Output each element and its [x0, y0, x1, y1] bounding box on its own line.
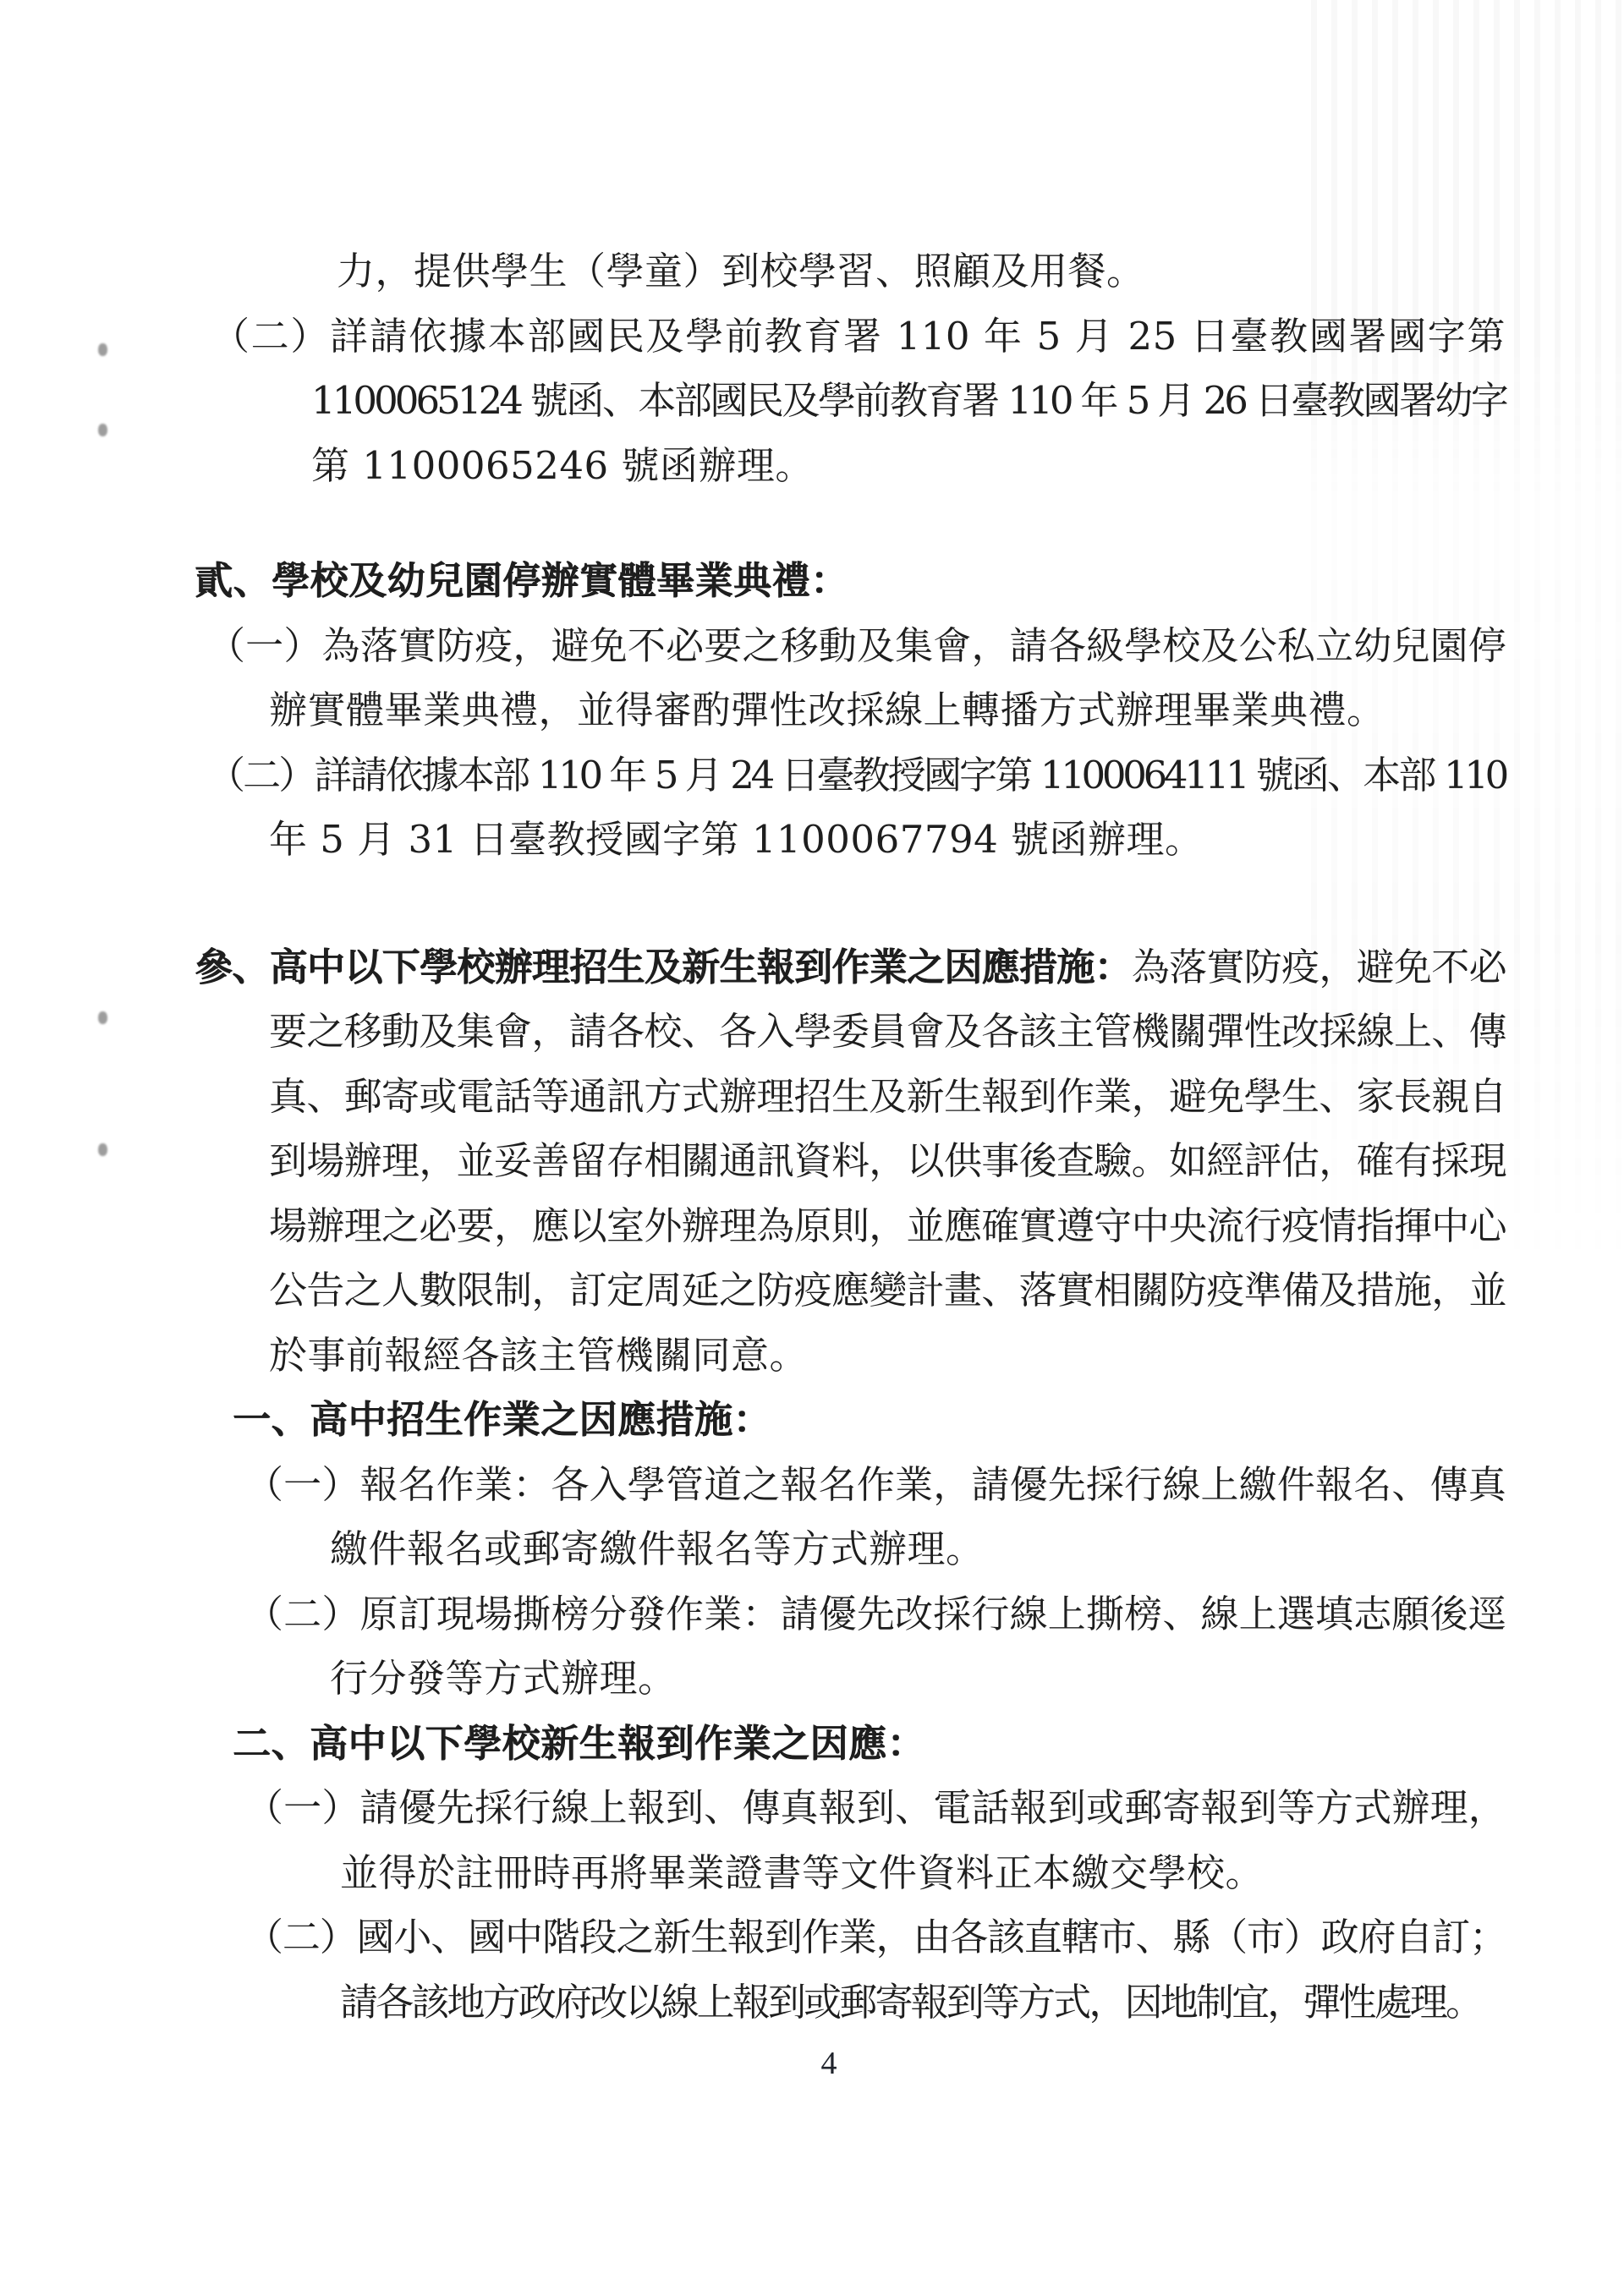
- text-line: 請各該地方政府改以線上報到或郵寄報到等方式，因地制宜，彈性處理。: [195, 1970, 1506, 2036]
- body-text: 行分發等方式辦理。: [330, 1656, 677, 1701]
- text-block: 貳、學校及幼兒園停辦實體畢業典禮：（一）為落實防疫，避免不必要之移動及集會，請各…: [195, 549, 1506, 873]
- section-heading: 一、高中招生作業之因應措施：: [195, 1388, 1506, 1453]
- section-heading: 二、高中以下學校新生報到作業之因應：: [195, 1712, 1506, 1777]
- text-line: （二）國小、國中階段之新生報到作業，由各該直轄市、縣（市）政府自訂；: [195, 1905, 1506, 1970]
- body-text: 於事前報經各該主管機關同意。: [269, 1333, 808, 1378]
- bold-text: 一、高中招生作業之因應措施：: [233, 1397, 771, 1442]
- body-text: （一）請優先採行線上報到、傳真報到、電話報到或郵寄報到等方式辦理，: [245, 1785, 1506, 1830]
- text-line: 到場辦理，並妥善留存相關通訊資料，以供事後查驗。如經評估，確有採現: [195, 1129, 1506, 1194]
- body-text: （二）詳請依據本部 110 年 5 月 24 日臺教授國字第 110006411…: [207, 753, 1506, 797]
- body-text: 繳件報名或郵寄繳件報名等方式辦理。: [330, 1526, 985, 1571]
- text-line: 並得於註冊時再將畢業證書等文件資料正本繳交學校。: [195, 1841, 1506, 1906]
- text-line: 第 1100065246 號函辦理。: [195, 434, 1506, 499]
- text-line: 繳件報名或郵寄繳件報名等方式辦理。: [195, 1517, 1506, 1582]
- document-body: 力，提供學生（學童）到校學習、照顧及用餐。（二）詳請依據本部國民及學前教育署 1…: [195, 239, 1506, 2035]
- text-line: 於事前報經各該主管機關同意。: [195, 1323, 1506, 1389]
- text-line: 力，提供學生（學童）到校學習、照顧及用餐。: [195, 239, 1506, 304]
- scan-smudge: [98, 343, 107, 356]
- body-text: 公告之人數限制，訂定周延之防疫應變計畫、落實相關防疫準備及措施，並: [269, 1268, 1506, 1312]
- text-line: （一）報名作業：各入學管道之報名作業，請優先採行線上繳件報名、傳真: [195, 1453, 1506, 1518]
- bold-text: 貳、學校及幼兒園停辦實體畢業典禮：: [195, 558, 849, 603]
- bold-text: 二、高中以下學校新生報到作業之因應：: [233, 1721, 925, 1766]
- body-text: 為落實防疫，避免不必: [1132, 945, 1506, 989]
- body-text: 要之移動及集會，請各校、各入學委員會及各該主管機關彈性改採線上、傳: [269, 1009, 1506, 1054]
- body-text: （二）原訂現場撕榜分發作業：請優先改採行線上撕榜、線上選填志願後逕: [245, 1592, 1506, 1636]
- text-line: 年 5 月 31 日臺教授國字第 1100067794 號函辦理。: [195, 808, 1506, 873]
- body-text: 到場辦理，並妥善留存相關通訊資料，以供事後查驗。如經評估，確有採現: [269, 1138, 1506, 1183]
- text-line: （二）詳請依據本部 110 年 5 月 24 日臺教授國字第 110006411…: [195, 743, 1506, 808]
- body-text: 年 5 月 31 日臺教授國字第 1100067794 號函辦理。: [269, 817, 1204, 862]
- text-line: 場辦理之必要，應以室外辦理為原則，並應確實遵守中央流行疫情指揮中心: [195, 1194, 1506, 1259]
- text-line: （二）原訂現場撕榜分發作業：請優先改採行線上撕榜、線上選填志願後逕: [195, 1582, 1506, 1647]
- body-text: （二）詳請依據本部國民及學前教育署 110 年 5 月 25 日臺教國署國字第: [211, 314, 1506, 359]
- text-line: 辦實體畢業典禮，並得審酌彈性改採線上轉播方式辦理畢業典禮。: [195, 678, 1506, 743]
- body-text: 請各該地方政府改以線上報到或郵寄報到等方式，因地制宜，彈性處理。: [340, 1980, 1481, 2025]
- text-block: 力，提供學生（學童）到校學習、照顧及用餐。（二）詳請依據本部國民及學前教育署 1…: [195, 239, 1506, 498]
- text-block: 參、高中以下學校辦理招生及新生報到作業之因應措施：為落實防疫，避免不必要之移動及…: [195, 935, 1506, 2036]
- body-text: 第 1100065246 號函辦理。: [311, 443, 814, 488]
- text-line: （二）詳請依據本部國民及學前教育署 110 年 5 月 25 日臺教國署國字第: [195, 304, 1506, 370]
- text-line: 1100065124 號函、本部國民及學前教育署 110 年 5 月 26 日臺…: [195, 369, 1506, 434]
- section-heading: 貳、學校及幼兒園停辦實體畢業典禮：: [195, 549, 1506, 614]
- body-text: （一）為落實防疫，避免不必要之移動及集會，請各級學校及公私立幼兒園停: [207, 623, 1506, 668]
- body-text: 1100065124 號函、本部國民及學前教育署 110 年 5 月 26 日臺…: [311, 378, 1506, 423]
- document-page: 力，提供學生（學童）到校學習、照顧及用餐。（二）詳請依據本部國民及學前教育署 1…: [0, 0, 1624, 2296]
- text-line: 行分發等方式辦理。: [195, 1647, 1506, 1712]
- text-line: （一）為落實防疫，避免不必要之移動及集會，請各級學校及公私立幼兒園停: [195, 614, 1506, 679]
- body-text: 辦實體畢業典禮，並得審酌彈性改採線上轉播方式辦理畢業典禮。: [269, 688, 1385, 732]
- body-text: （二）國小、國中階段之新生報到作業，由各該直轄市、縣（市）政府自訂；: [245, 1915, 1506, 1959]
- body-text: 場辦理之必要，應以室外辦理為原則，並應確實遵守中央流行疫情指揮中心: [269, 1203, 1506, 1248]
- scan-smudge: [98, 1011, 107, 1024]
- text-line: 參、高中以下學校辦理招生及新生報到作業之因應措施：為落實防疫，避免不必: [195, 935, 1506, 1000]
- scan-smudge: [98, 1143, 107, 1156]
- text-line: 要之移動及集會，請各校、各入學委員會及各該主管機關彈性改採線上、傳: [195, 1000, 1506, 1065]
- body-text: （一）報名作業：各入學管道之報名作業，請優先採行線上繳件報名、傳真: [245, 1462, 1506, 1507]
- text-line: 真、郵寄或電話等通訊方式辦理招生及新生報到作業，避免學生、家長親自: [195, 1065, 1506, 1130]
- body-text: 真、郵寄或電話等通訊方式辦理招生及新生報到作業，避免學生、家長親自: [269, 1074, 1506, 1119]
- body-text: 力，提供學生（學童）到校學習、照顧及用餐。: [337, 249, 1145, 293]
- text-line: 公告之人數限制，訂定周延之防疫應變計畫、落實相關防疫準備及措施，並: [195, 1258, 1506, 1323]
- body-text: 並得於註冊時再將畢業證書等文件資料正本繳交學校。: [340, 1850, 1264, 1895]
- scan-smudge: [98, 424, 107, 436]
- text-line: （一）請優先採行線上報到、傳真報到、電話報到或郵寄報到等方式辦理，: [195, 1776, 1506, 1841]
- page-number: 4: [0, 2036, 1624, 2091]
- bold-text: 參、高中以下學校辦理招生及新生報到作業之因應措施：: [195, 945, 1132, 989]
